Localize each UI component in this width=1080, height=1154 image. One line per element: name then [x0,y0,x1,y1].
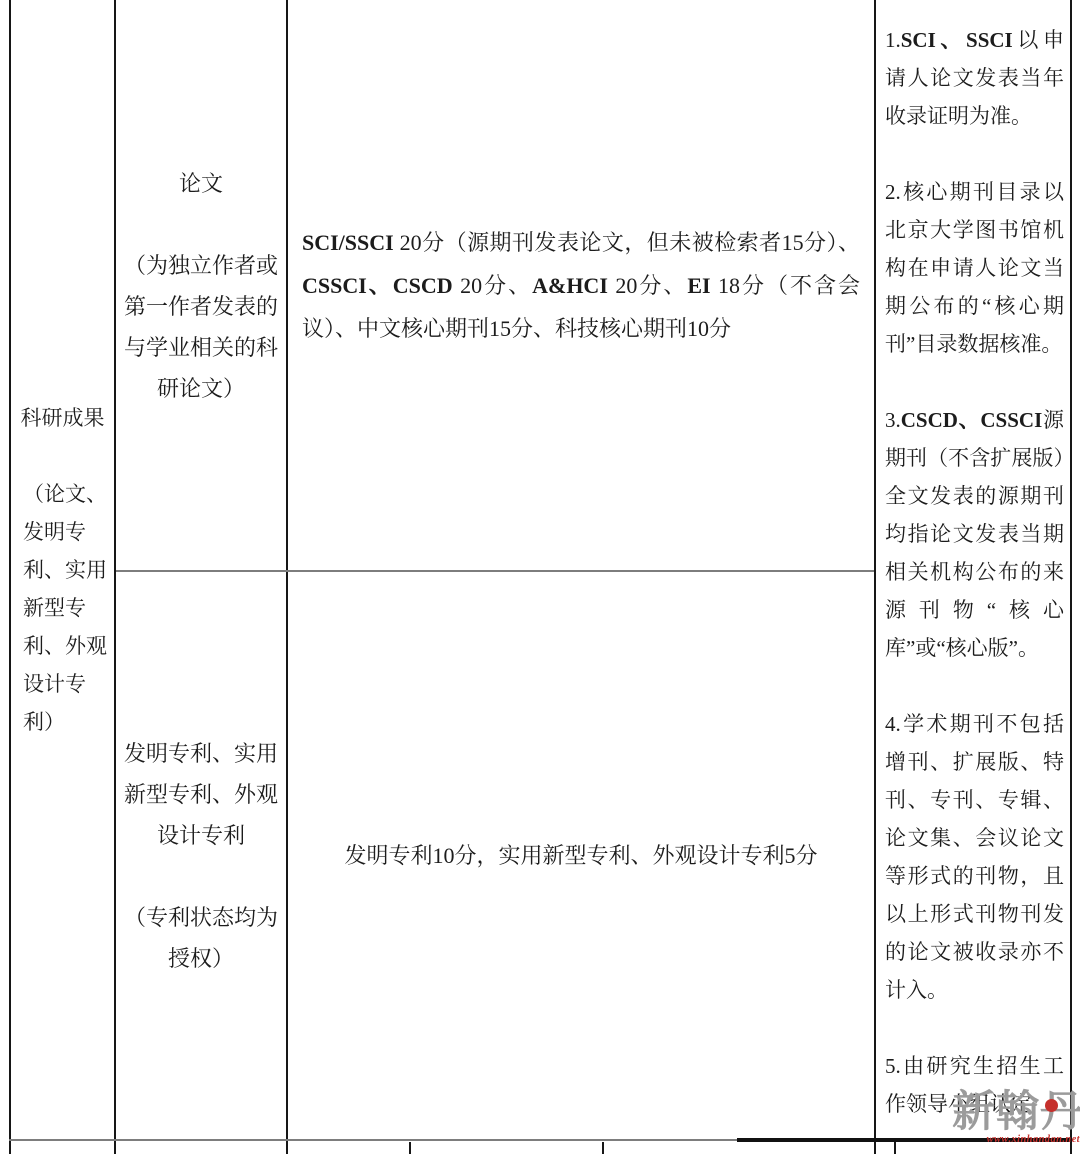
note-item-3: 3.CSCD、CSSCI源期刊（不含扩展版）全文发表的源期刊均指论文发表当期相关… [885,401,1064,667]
cell-criteria-patent: 发明专利10分，实用新型专利、外观设计专利5分 [288,572,874,1139]
watermark-red-dot-icon [1045,1099,1058,1112]
cell-category-group: 科研成果 （论文、发明专利、实用新型专利、外观设计专利） [11,0,114,1140]
cell-criteria-thesis: SCI/SSCI 20分（源期刊发表论文，但未被检索者15分）、CSSCI、CS… [288,0,874,571]
note-item-4: 4.学术期刊不包括增刊、扩展版、特刊、专刊、专辑、论文集、会议论文等形式的刊物，… [885,705,1064,1009]
watermark: 新翰丹 www.xinhandan.net [952,1090,1080,1145]
grid-line-next-row-3 [894,1142,896,1154]
note-item-2: 2.核心期刊目录以北京大学图书馆机构在申请人论文当期公布的“核心期刊”目录数据核… [885,173,1064,363]
table-border-right [1070,0,1072,1154]
cell-subcategory-thesis: 论文 （为独立作者或第一作者发表的与学业相关的科研论文） [116,0,286,571]
watermark-brand-text: 新翰丹 [952,1090,1080,1136]
grid-line-next-row-2 [602,1142,604,1154]
thesis-scoring-text: SCI/SSCI 20分（源期刊发表论文，但未被检索者15分）、CSSCI、CS… [288,221,874,350]
note-item-1: 1.SCI、SSCI以申请人论文发表当年收录证明为准。 [885,21,1064,135]
grid-line-next-row-1 [409,1142,411,1154]
cell-subcategory-patent: 发明专利、实用新型专利、外观设计专利 （专利状态均为授权） [116,572,286,1139]
patent-scoring-text: 发明专利10分，实用新型专利、外观设计专利5分 [288,834,874,877]
cell-notes: 1.SCI、SSCI以申请人论文发表当年收录证明为准。 2.核心期刊目录以北京大… [876,0,1070,1140]
